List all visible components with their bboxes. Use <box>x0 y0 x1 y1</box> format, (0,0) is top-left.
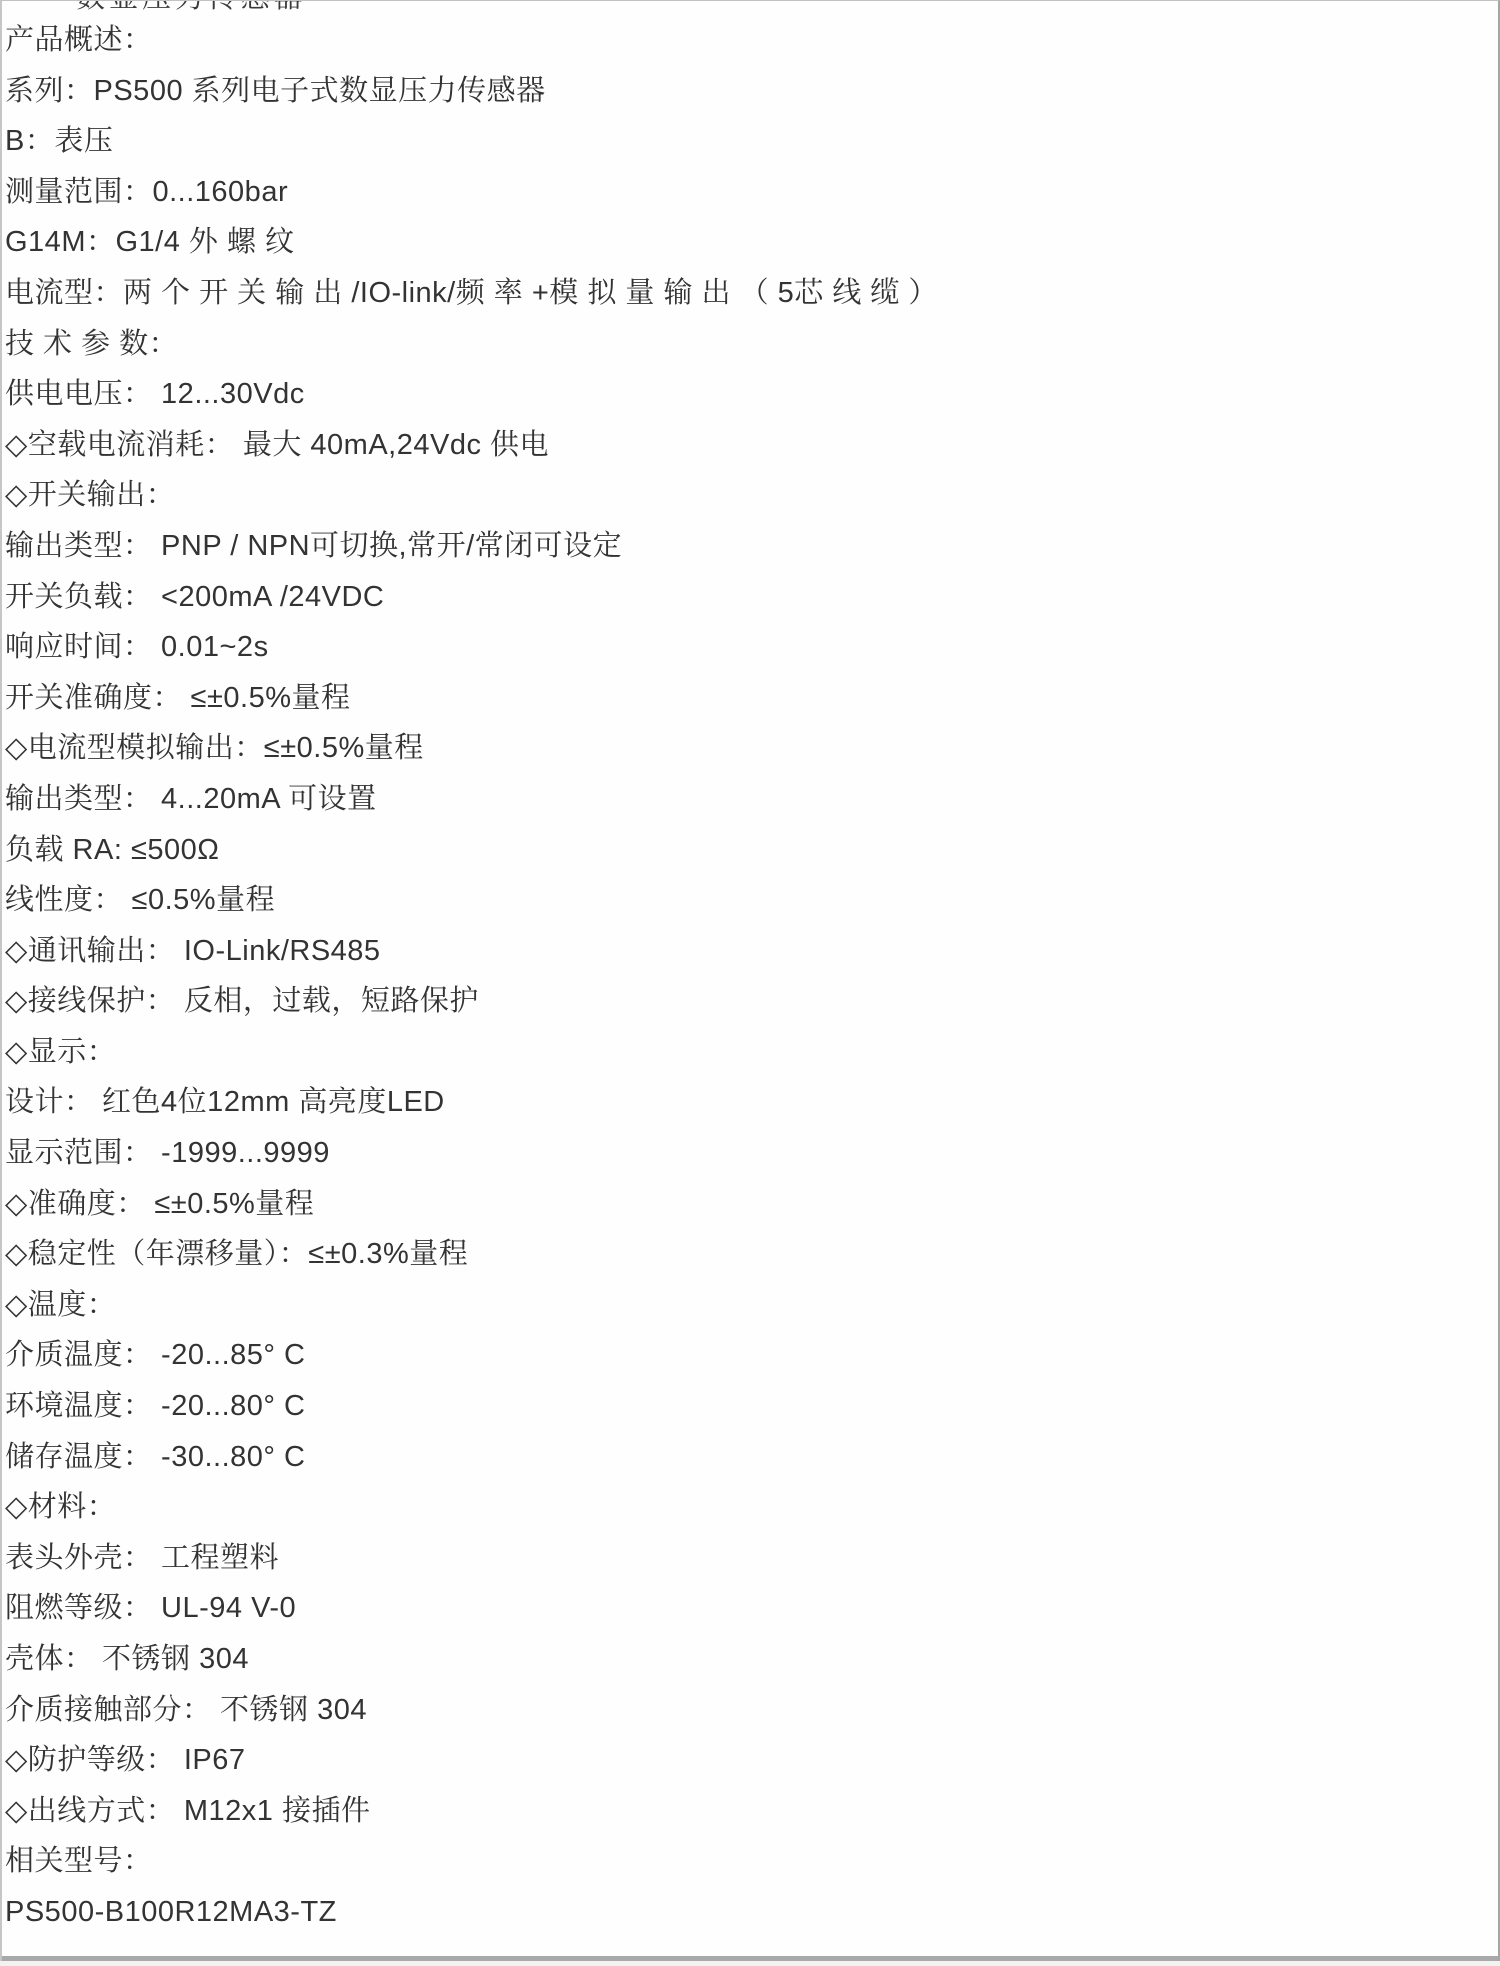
spec-line: ◇电流型模拟输出：≤±0.5%量程 <box>5 723 1498 774</box>
spec-text-block: 产品概述：系列：PS500 系列电子式数显压力传感器B：表压测量范围：0...1… <box>2 15 1498 1938</box>
spec-line: 开关负载： <200mA /24VDC <box>5 572 1498 623</box>
spec-line: 储存温度： -30...80° C <box>5 1432 1498 1483</box>
spec-line: 介质接触部分： 不锈钢 304 <box>5 1685 1498 1736</box>
spec-line: 供电电压： 12...30Vdc <box>5 369 1498 420</box>
spec-line: 介质温度： -20...85° C <box>5 1330 1498 1381</box>
spec-line: 输出类型： 4...20mA 可设置 <box>5 774 1498 825</box>
clipped-top-text-line: 数显压力传感器 <box>2 1 1498 15</box>
spec-line: 产品概述： <box>5 15 1498 66</box>
spec-line: G14M：G1/4 外 螺 纹 <box>5 217 1498 268</box>
spec-line: 负载 RA: ≤500Ω <box>5 825 1498 876</box>
bottom-border-bar <box>2 1956 1498 1961</box>
spec-line: B：表压 <box>5 116 1498 167</box>
product-spec-document: 数显压力传感器 产品概述：系列：PS500 系列电子式数显压力传感器B：表压测量… <box>0 0 1500 1961</box>
spec-line: 系列：PS500 系列电子式数显压力传感器 <box>5 66 1498 117</box>
spec-line: PS500-B100R12MA3-TZ <box>5 1887 1498 1938</box>
spec-line: ◇准确度： ≤±0.5%量程 <box>5 1179 1498 1230</box>
spec-line: 开关准确度： ≤±0.5%量程 <box>5 673 1498 724</box>
spec-line: ◇接线保护： 反相，过载，短路保护 <box>5 976 1498 1027</box>
spec-line: 壳体： 不锈钢 304 <box>5 1634 1498 1685</box>
spec-line: ◇温度： <box>5 1280 1498 1331</box>
spec-line: ◇显示： <box>5 1027 1498 1078</box>
spec-line: ◇稳定性（年漂移量）：≤±0.3%量程 <box>5 1229 1498 1280</box>
spec-line: 测量范围：0...160bar <box>5 167 1498 218</box>
spec-line: 表头外壳： 工程塑料 <box>5 1533 1498 1584</box>
spec-line: 显示范围： -1999...9999 <box>5 1128 1498 1179</box>
spec-line: 环境温度： -20...80° C <box>5 1381 1498 1432</box>
spec-line: ◇开关输出： <box>5 470 1498 521</box>
spec-line: 线性度： ≤0.5%量程 <box>5 875 1498 926</box>
spec-line: ◇通讯输出： IO-Link/RS485 <box>5 926 1498 977</box>
clipped-top-text: 数显压力传感器 <box>2 1 1498 15</box>
spec-line: 电流型：两 个 开 关 输 出 /IO-link/频 率 +模 拟 量 输 出 … <box>5 268 1498 319</box>
spec-line: ◇材料： <box>5 1482 1498 1533</box>
spec-line: 相关型号： <box>5 1836 1498 1887</box>
spec-line: ◇防护等级： IP67 <box>5 1735 1498 1786</box>
spec-line: 技 术 参 数： <box>5 319 1498 370</box>
spec-line: 输出类型： PNP / NPN可切换,常开/常闭可设定 <box>5 521 1498 572</box>
spec-line: 响应时间： 0.01~2s <box>5 622 1498 673</box>
spec-line: ◇出线方式： M12x1 接插件 <box>5 1786 1498 1837</box>
spec-line: ◇空载电流消耗： 最大 40mA,24Vdc 供电 <box>5 420 1498 471</box>
spec-line: 设计： 红色4位12mm 高亮度LED <box>5 1077 1498 1128</box>
spec-line: 阻燃等级： UL-94 V-0 <box>5 1583 1498 1634</box>
